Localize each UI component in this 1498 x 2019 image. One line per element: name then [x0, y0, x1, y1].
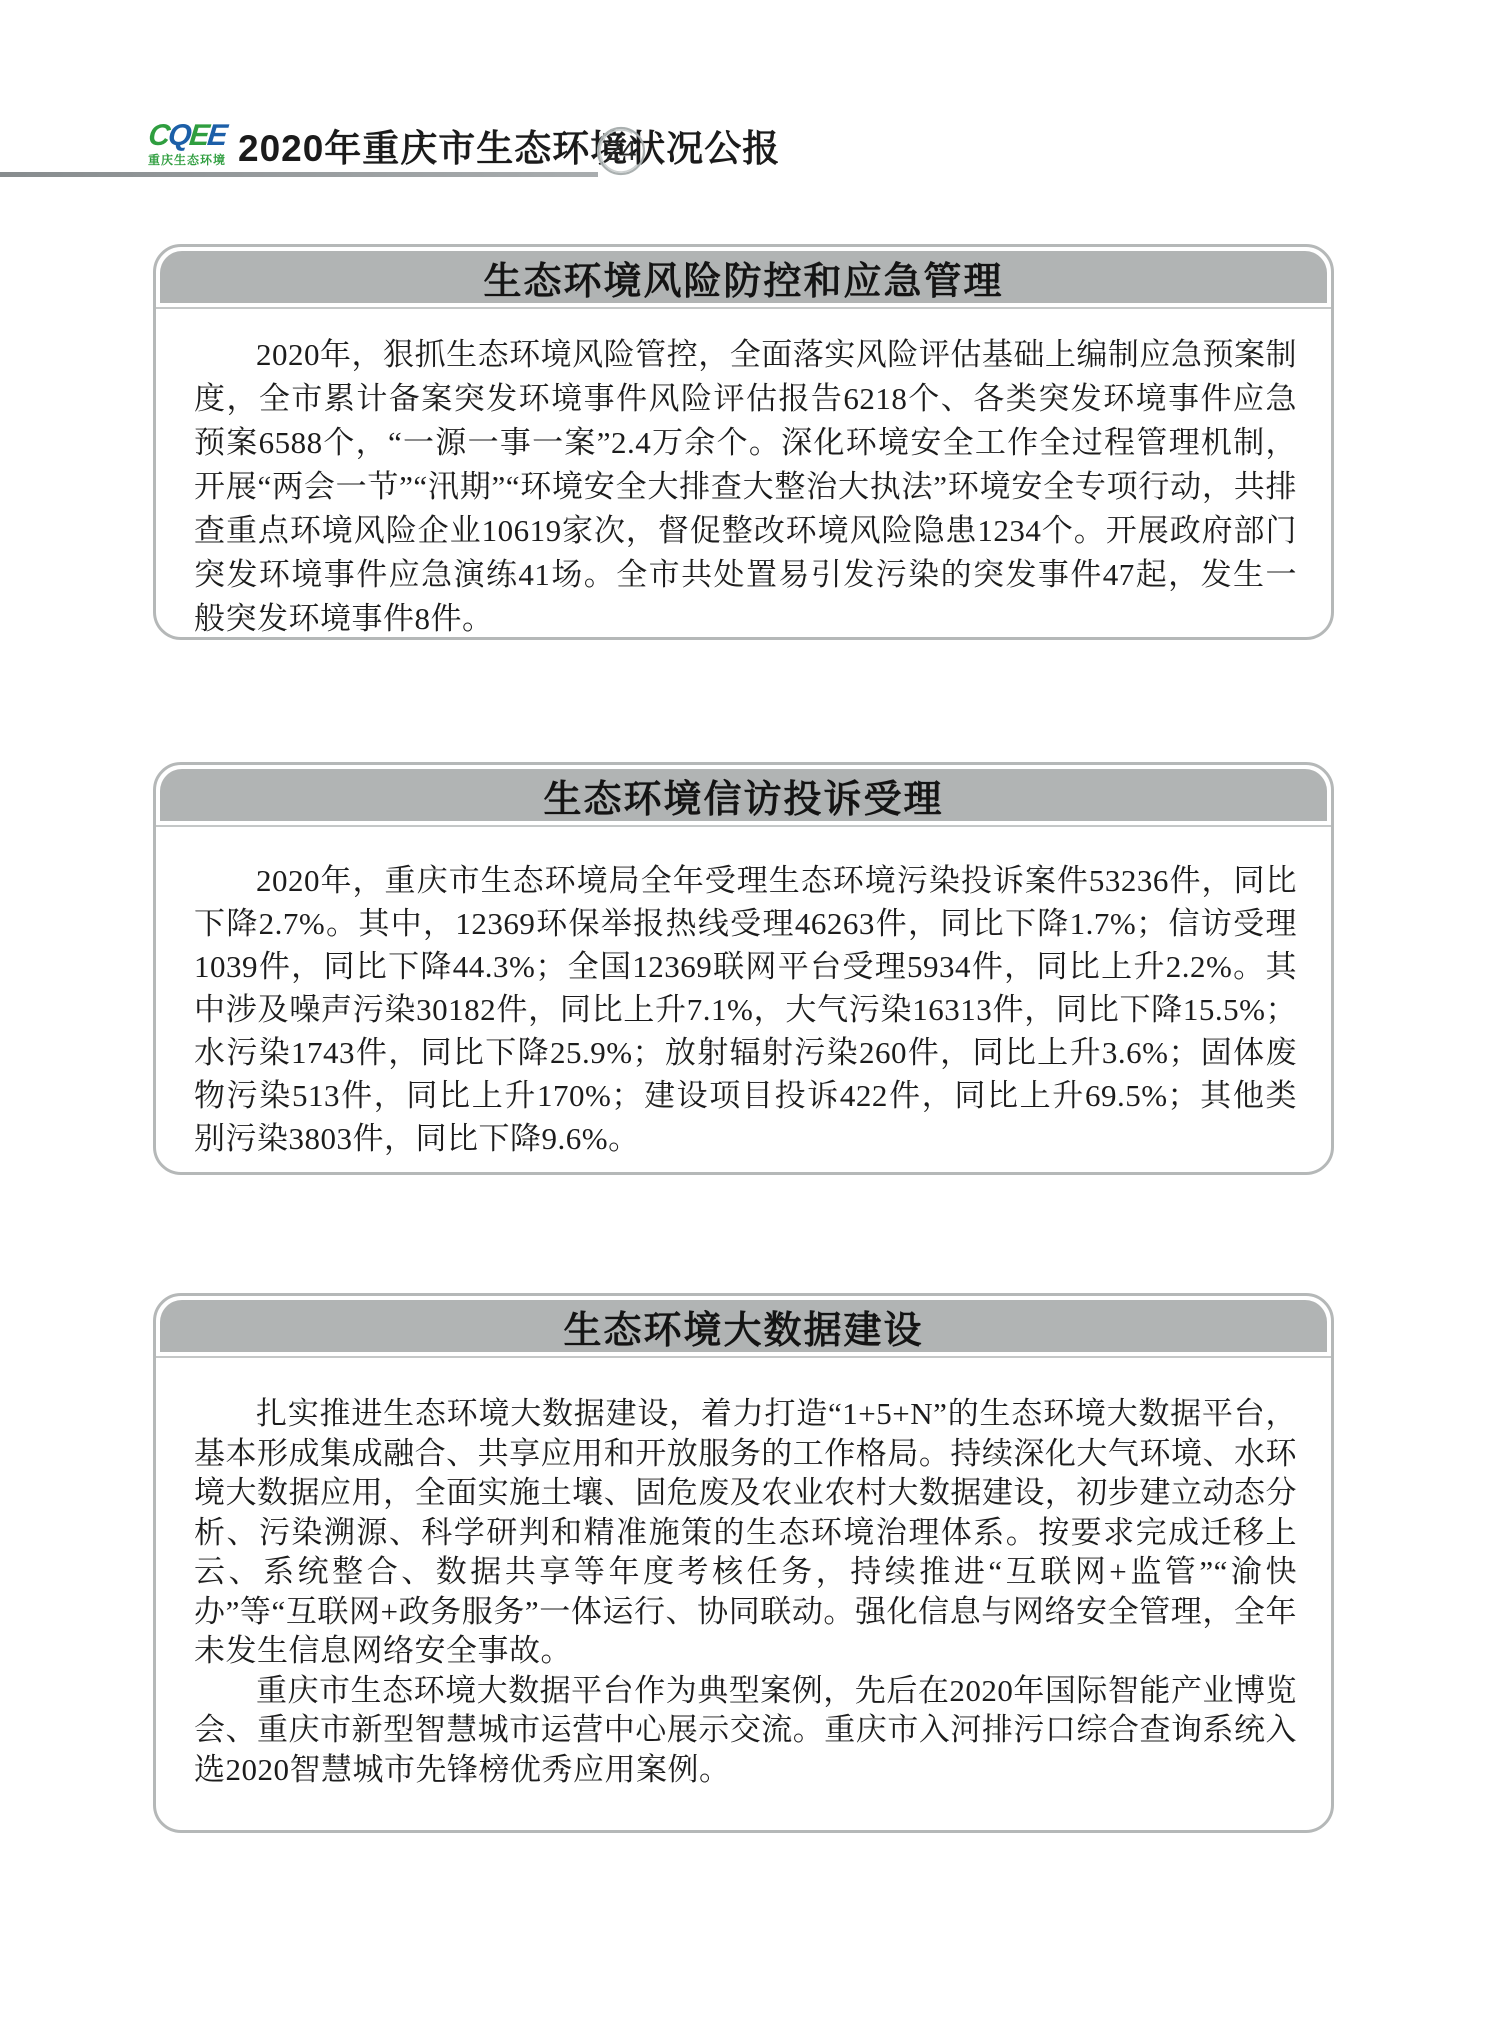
section-paragraph: 重庆市生态环境大数据平台作为典型案例，先后在2020年国际智能产业博览会、重庆市…	[194, 1671, 1297, 1790]
logo-letter: E	[206, 119, 227, 152]
section-paragraph: 2020年，重庆市生态环境局全年受理生态环境污染投诉案件53236件，同比下降2…	[194, 859, 1297, 1160]
section-paragraph: 扎实推进生态环境大数据建设，着力打造“1+5+N”的生态环境大数据平台，基本形成…	[194, 1394, 1297, 1671]
page-number-badge: 24	[594, 124, 648, 178]
section-body: 扎实推进生态环境大数据建设，着力打造“1+5+N”的生态环境大数据平台，基本形成…	[156, 1358, 1331, 1789]
report-page: CQEE 重庆生态环境 2020年重庆市生态环境状况公报 24 生态环境风险防控…	[0, 0, 1498, 2019]
page-header: CQEE 重庆生态环境 2020年重庆市生态环境状况公报	[148, 116, 780, 174]
section-title: 生态环境风险防控和应急管理	[483, 250, 1003, 305]
section-title: 生态环境大数据建设	[563, 1299, 923, 1354]
section-body: 2020年，狠抓生态环境风险管控，全面落实风险评估基础上编制应急预案制度，全市累…	[156, 309, 1331, 640]
page-number: 24	[594, 124, 648, 178]
cqee-logo-acronym: CQEE	[147, 122, 228, 150]
section-title: 生态环境信访投诉受理	[543, 768, 943, 823]
cqee-logo-subtitle: 重庆生态环境	[148, 151, 226, 168]
section-body: 2020年，重庆市生态环境局全年受理生态环境污染投诉案件53236件，同比下降2…	[156, 827, 1331, 1160]
section-title-bar: 生态环境风险防控和应急管理	[160, 251, 1327, 303]
header-divider	[0, 172, 598, 177]
cqee-logo: CQEE 重庆生态环境	[148, 122, 226, 168]
section-big-data-construction: 生态环境大数据建设 扎实推进生态环境大数据建设，着力打造“1+5+N”的生态环境…	[153, 1293, 1334, 1833]
section-complaints-acceptance: 生态环境信访投诉受理 2020年，重庆市生态环境局全年受理生态环境污染投诉案件5…	[153, 762, 1334, 1175]
report-title: 2020年重庆市生态环境状况公报	[238, 118, 780, 172]
section-paragraph: 2020年，狠抓生态环境风险管控，全面落实风险评估基础上编制应急预案制度，全市累…	[194, 333, 1297, 640]
section-title-bar: 生态环境大数据建设	[160, 1300, 1327, 1352]
section-risk-control-emergency: 生态环境风险防控和应急管理 2020年，狠抓生态环境风险管控，全面落实风险评估基…	[153, 244, 1334, 640]
section-title-bar: 生态环境信访投诉受理	[160, 769, 1327, 821]
